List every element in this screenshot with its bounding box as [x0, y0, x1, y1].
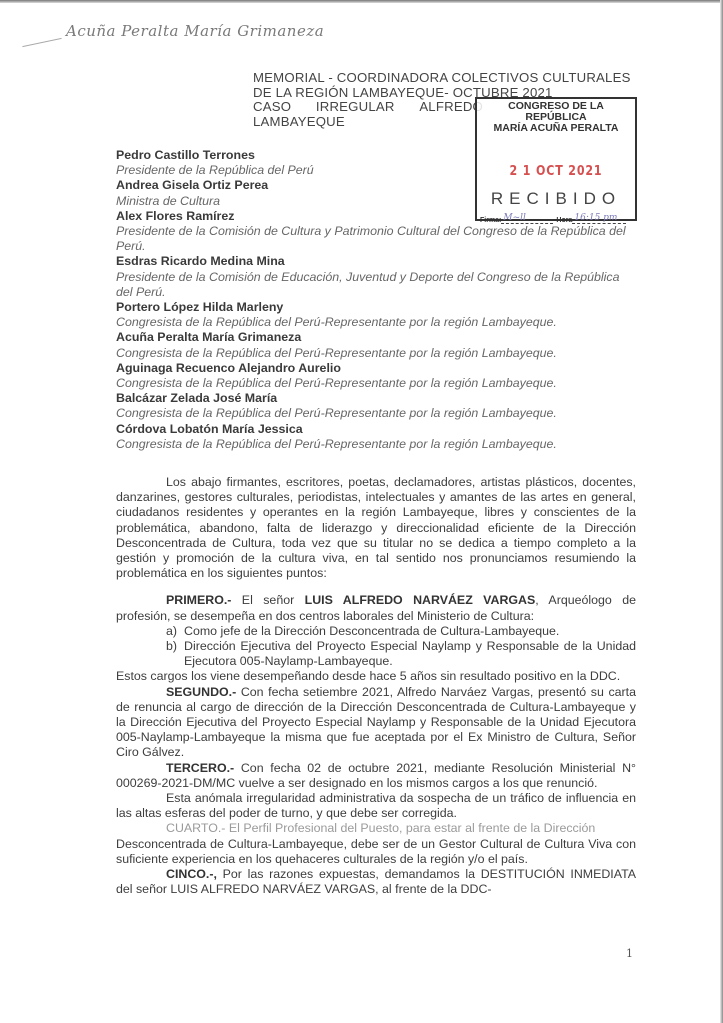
handwritten-note: Acuña Peralta María Grimaneza [66, 22, 324, 40]
point-tercero: TERCERO.- Con fecha 02 de octubre 2021, … [116, 761, 636, 791]
point-primero: PRIMERO.- El señor LUIS ALFREDO NARVÁEZ … [116, 593, 636, 623]
cuarto-text: Desconcentrada de Cultura-Lambayeque, de… [116, 837, 636, 867]
title-line-1: MEMORIAL - COORDINADORA COLECTIVOS CULTU… [253, 71, 638, 86]
addressee-list: Pedro Castillo TerronesPresidente de la … [116, 148, 636, 452]
addressee: Esdras Ricardo Medina MinaPresidente de … [116, 254, 636, 300]
addressee: Andrea Gisela Ortiz PereaMinistra de Cul… [116, 178, 636, 208]
stamp-org: CONGRESO DE LA REPÚBLICA MARÍA ACUÑA PER… [477, 101, 635, 134]
primero-list: a)Como jefe de la Dirección Desconcentra… [166, 624, 636, 670]
title-line-3: CASO IRREGULAR ALFREDO [253, 100, 483, 115]
addressee: Córdova Lobatón María JessicaCongresista… [116, 422, 636, 452]
list-item: a)Como jefe de la Dirección Desconcentra… [166, 624, 636, 639]
addressee: Portero López Hilda MarlenyCongresista d… [116, 300, 636, 330]
point-segundo: SEGUNDO.- Con fecha setiembre 2021, Alfr… [116, 685, 636, 761]
list-item: b)Dirección Ejecutiva del Proyecto Espec… [166, 639, 636, 669]
primero-closing: Estos cargos los viene desempeñando desd… [116, 669, 636, 684]
addressee: Acuña Peralta María GrimanezaCongresista… [116, 330, 636, 360]
addressee: Alex Flores RamírezPresidente de la Comi… [116, 209, 636, 255]
memorial-body: Los abajo firmantes, escritores, poetas,… [116, 475, 636, 897]
intro-paragraph: Los abajo firmantes, escritores, poetas,… [116, 475, 636, 581]
point-cuarto: CUARTO.- El Perfil Profesional del Puest… [116, 821, 636, 836]
tercero-followup: Esta anómala irregularidad administrativ… [116, 791, 636, 821]
point-cinco: CINCO.-, Por las razones expuestas, dema… [116, 867, 636, 897]
addressee: Balcázar Zelada José MaríaCongresista de… [116, 391, 636, 421]
addressee: Pedro Castillo TerronesPresidente de la … [116, 148, 636, 178]
handwritten-stroke [22, 38, 61, 47]
scan-top-edge [0, 0, 723, 3]
page-number: 1 [626, 947, 633, 960]
addressee: Aguinaga Recuenco Alejandro AurelioCongr… [116, 361, 636, 391]
